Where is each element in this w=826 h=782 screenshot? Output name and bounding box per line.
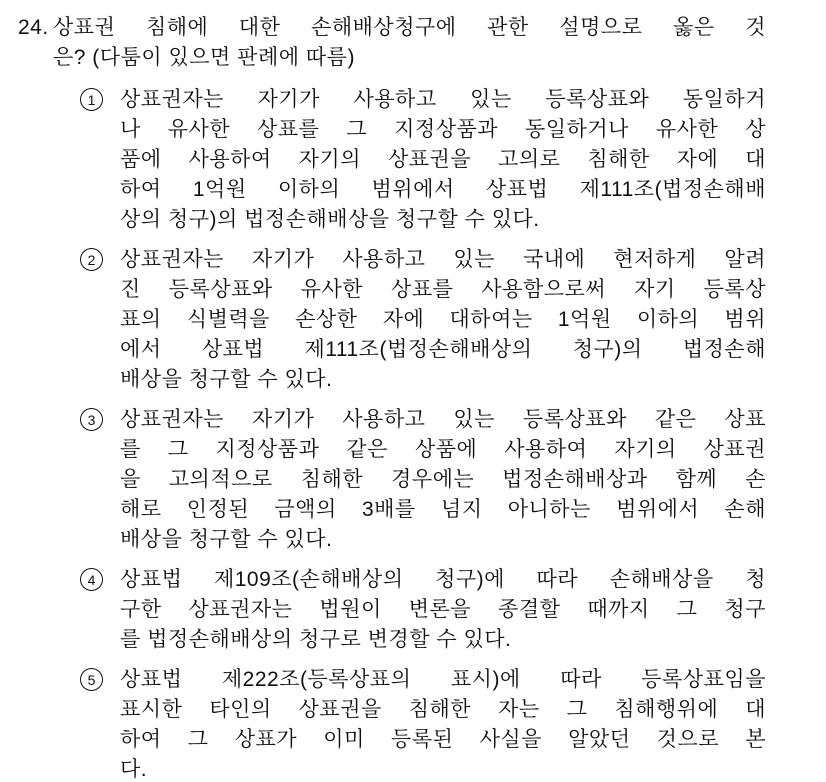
option-line: 상표권자는 자기가 사용하고 있는 국내에 현저하게 알려 bbox=[120, 245, 766, 275]
option-line: 배상을 청구할 수 있다. bbox=[120, 525, 766, 555]
option-line: 을 고의적으로 침해한 경우에는 법정손해배상과 함께 손 bbox=[120, 465, 766, 495]
option-3-marker: 3 bbox=[80, 408, 103, 431]
option-2-text: 상표권자는 자기가 사용하고 있는 국내에 현저하게 알려 진 등록상표와 유사… bbox=[120, 245, 766, 395]
option-4-marker: 4 bbox=[80, 568, 103, 591]
option-1-text: 상표권자는 자기가 사용하고 있는 등록상표와 동일하거 나 유사한 상표를 그… bbox=[120, 85, 766, 235]
option-5-text: 상표법 제222조(등록상표의 표시)에 따라 등록상표임을 표시한 타인의 상… bbox=[120, 665, 766, 782]
option-line: 상의 청구)의 법정손해배상을 청구할 수 있다. bbox=[120, 205, 766, 235]
option-line: 품에 사용하여 자기의 상표권을 고의로 침해한 자에 대 bbox=[120, 145, 766, 175]
question-text: 상표권 침해에 대한 손해배상청구에 관한 설명으로 옳은 것 은? (다툼이 … bbox=[53, 13, 766, 73]
question-number: 24. bbox=[18, 13, 53, 73]
question-line: 은? (다툼이 있으면 판례에 따름) bbox=[53, 43, 766, 73]
option-4-text: 상표법 제109조(손해배상의 청구)에 따라 손해배상을 청 구한 상표권자는… bbox=[120, 565, 766, 655]
option-line: 에서 상표법 제111조(법정손해배상의 청구)의 법정손해 bbox=[120, 335, 766, 365]
option-3: 3 상표권자는 자기가 사용하고 있는 등록상표와 같은 상표 를 그 지정상품… bbox=[80, 405, 826, 555]
option-1: 1 상표권자는 자기가 사용하고 있는 등록상표와 동일하거 나 유사한 상표를… bbox=[80, 85, 826, 235]
question-block: 24. 상표권 침해에 대한 손해배상청구에 관한 설명으로 옳은 것 은? (… bbox=[18, 13, 826, 73]
option-line: 구한 상표권자는 법원이 변론을 종결할 때까지 그 청구 bbox=[120, 595, 766, 625]
option-line: 하여 1억원 이하의 범위에서 상표법 제111조(법정손해배 bbox=[120, 175, 766, 205]
option-line: 나 유사한 상표를 그 지정상품과 동일하거나 유사한 상 bbox=[120, 115, 766, 145]
option-line: 다. bbox=[120, 755, 766, 782]
option-1-marker: 1 bbox=[80, 88, 103, 111]
option-line: 상표법 제222조(등록상표의 표시)에 따라 등록상표임을 bbox=[120, 665, 766, 695]
option-line: 상표권자는 자기가 사용하고 있는 등록상표와 같은 상표 bbox=[120, 405, 766, 435]
option-line: 를 법정손해배상의 청구로 변경할 수 있다. bbox=[120, 625, 766, 655]
exam-page: 24. 상표권 침해에 대한 손해배상청구에 관한 설명으로 옳은 것 은? (… bbox=[0, 0, 826, 782]
option-4: 4 상표법 제109조(손해배상의 청구)에 따라 손해배상을 청 구한 상표권… bbox=[80, 565, 826, 655]
option-2: 2 상표권자는 자기가 사용하고 있는 국내에 현저하게 알려 진 등록상표와 … bbox=[80, 245, 826, 395]
option-line: 를 그 지정상품과 같은 상품에 사용하여 자기의 상표권 bbox=[120, 435, 766, 465]
option-line: 하여 그 상표가 이미 등록된 사실을 알았던 것으로 본 bbox=[120, 725, 766, 755]
option-line: 상표법 제109조(손해배상의 청구)에 따라 손해배상을 청 bbox=[120, 565, 766, 595]
option-line: 진 등록상표와 유사한 상표를 사용함으로써 자기 등록상 bbox=[120, 275, 766, 305]
option-3-text: 상표권자는 자기가 사용하고 있는 등록상표와 같은 상표 를 그 지정상품과 … bbox=[120, 405, 766, 555]
option-line: 상표권자는 자기가 사용하고 있는 등록상표와 동일하거 bbox=[120, 85, 766, 115]
option-5-marker: 5 bbox=[80, 668, 103, 691]
option-line: 해로 인정된 금액의 3배를 넘지 아니하는 범위에서 손해 bbox=[120, 495, 766, 525]
option-line: 표시한 타인의 상표권을 침해한 자는 그 침해행위에 대 bbox=[120, 695, 766, 725]
question-line: 상표권 침해에 대한 손해배상청구에 관한 설명으로 옳은 것 bbox=[53, 13, 766, 43]
options-list: 1 상표권자는 자기가 사용하고 있는 등록상표와 동일하거 나 유사한 상표를… bbox=[18, 85, 826, 782]
option-line: 배상을 청구할 수 있다. bbox=[120, 365, 766, 395]
option-5: 5 상표법 제222조(등록상표의 표시)에 따라 등록상표임을 표시한 타인의… bbox=[80, 665, 826, 782]
option-2-marker: 2 bbox=[80, 248, 103, 271]
option-line: 표의 식별력을 손상한 자에 대하여는 1억원 이하의 범위 bbox=[120, 305, 766, 335]
